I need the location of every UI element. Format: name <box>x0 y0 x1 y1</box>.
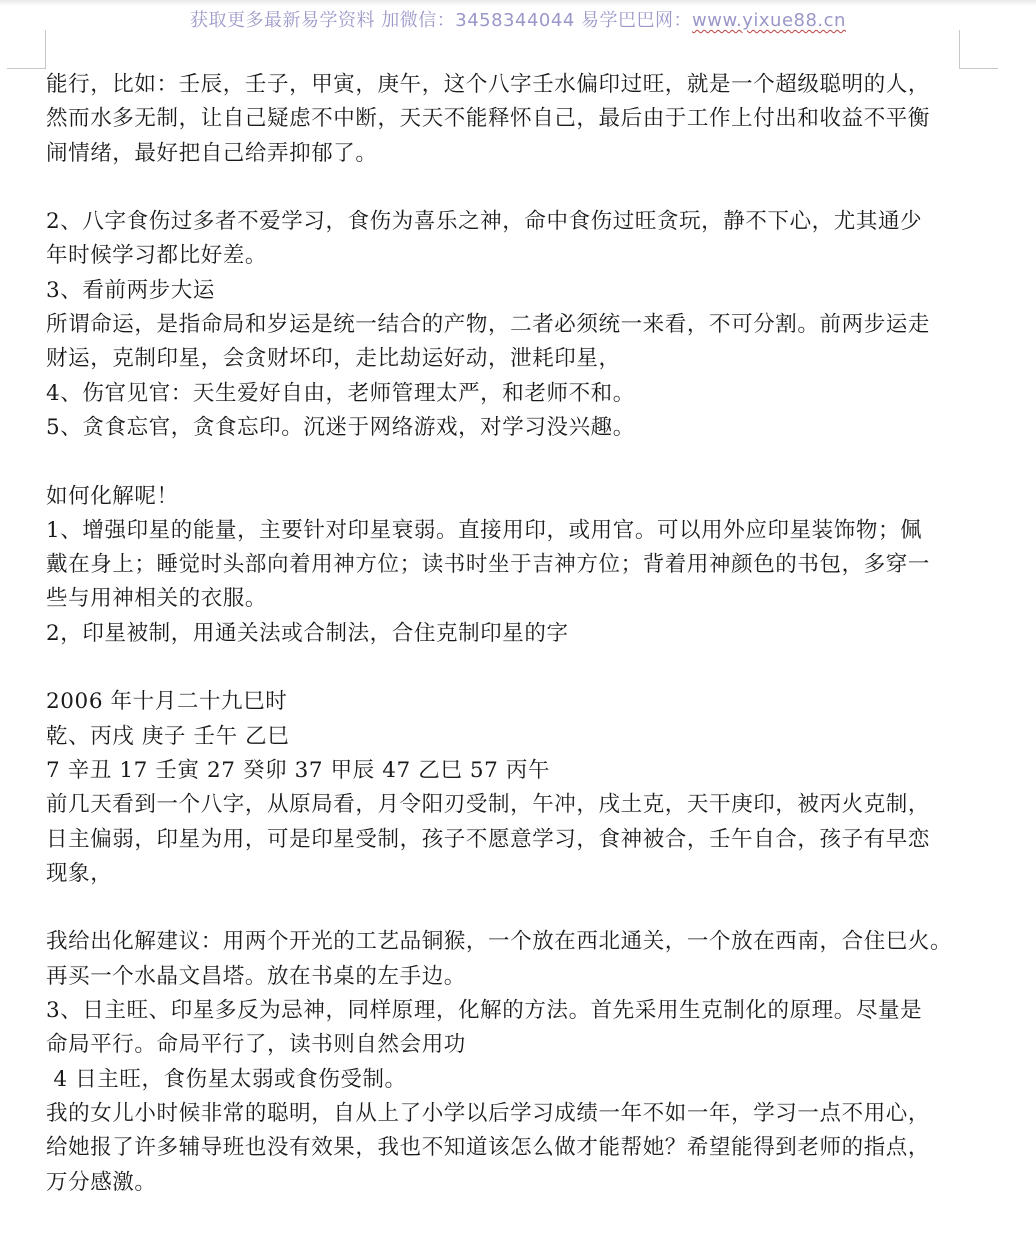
paragraph-line: 再买一个水晶文昌塔。放在书桌的左手边。 <box>46 960 966 994</box>
paragraph-line: 闹情绪，最好把自己给弄抑郁了。 <box>46 137 966 171</box>
case-dayun-sequence: 7 辛丑 17 壬寅 27 癸卯 37 甲辰 47 乙巳 57 丙午 <box>46 754 966 788</box>
page-margin-corner-top-right <box>959 30 998 69</box>
watermark-text: 获取更多最新易学资料 加微信：3458344044 易学巴巴网： <box>190 10 692 31</box>
section-heading: 如何化解呢！ <box>46 480 966 514</box>
paragraph-line: 能行，比如：壬辰，壬子，甲寅，庚午，这个八字壬水偏印过旺，就是一个超级聪明的人， <box>46 68 966 102</box>
blank-line <box>46 171 966 205</box>
paragraph-line: 万分感激。 <box>46 1166 966 1200</box>
paragraph-line: 些与用神相关的衣服。 <box>46 582 966 616</box>
list-item-5: 5、贪食忘官，贪食忘印。沉迷于网络游戏，对学习没兴趣。 <box>46 411 966 445</box>
list-item-3-heading: 3、看前两步大运 <box>46 274 966 308</box>
remedy-item-1-line: 1、增强印星的能量，主要针对印星衰弱。直接用印，或用官。可以用外应印星装饰物；佩 <box>46 514 966 548</box>
paragraph-line: 前几天看到一个八字，从原局看，月令阳刃受制，午冲，戌土克，天干庚印，被丙火克制， <box>46 788 966 822</box>
paragraph-line: 财运，克制印星，会贪财坏印，走比劫运好动，泄耗印星， <box>46 342 966 376</box>
page-margin-corner-top-left <box>7 30 46 69</box>
document-body: 能行，比如：壬辰，壬子，甲寅，庚午，这个八字壬水偏印过旺，就是一个超级聪明的人，… <box>46 68 966 1200</box>
paragraph-line: 现象， <box>46 857 966 891</box>
blank-line <box>46 651 966 685</box>
case-bazi-pillars: 乾、丙戌 庚子 壬午 乙巳 <box>46 720 966 754</box>
case-birth-date: 2006 年十月二十九巳时 <box>46 685 966 719</box>
paragraph-line: 命局平行。命局平行了，读书则自然会用功 <box>46 1028 966 1062</box>
paragraph-line: 戴在身上；睡觉时头部向着用神方位；读书时坐于吉神方位；背着用神颜色的书包，多穿一 <box>46 548 966 582</box>
watermark-url-link[interactable]: www.yixue88.cn <box>692 10 846 31</box>
paragraph-line: 给她报了许多辅导班也没有效果，我也不知道该怎么做才能帮她？希望能得到老师的指点， <box>46 1131 966 1165</box>
paragraph-line: 年时候学习都比好差。 <box>46 239 966 273</box>
paragraph-line: 然而水多无制，让自己疑虑不中断，天天不能释怀自己，最后由于工作上付出和收益不平衡 <box>46 102 966 136</box>
remedy-item-2: 2，印星被制，用通关法或合制法，合住克制印星的字 <box>46 617 966 651</box>
list-item-4: 4、伤官见官：天生爱好自由，老师管理太严，和老师不和。 <box>46 377 966 411</box>
list-item-2-line: 2、八字食伤过多者不爱学习，食伤为喜乐之神，命中食伤过旺贪玩，静不下心，尤其通少 <box>46 205 966 239</box>
list-item-3-remedy: 3、日主旺、印星多反为忌神，同样原理，化解的方法。首先采用生克制化的原理。尽量是 <box>46 994 966 1028</box>
paragraph-line: 我给出化解建议：用两个开光的工艺品铜猴，一个放在西北通关，一个放在西南，合住巳火… <box>46 925 966 959</box>
paragraph-line: 我的女儿小时候非常的聪明，自从上了小学以后学习成绩一年不如一年，学习一点不用心， <box>46 1097 966 1131</box>
blank-line <box>46 445 966 479</box>
paragraph-line: 所谓命运，是指命局和岁运是统一结合的产物，二者必须统一来看，不可分割。前两步运走 <box>46 308 966 342</box>
header-watermark: 获取更多最新易学资料 加微信：3458344044 易学巴巴网：www.yixu… <box>0 6 1036 32</box>
list-item-4-remedy: 4 日主旺，食伤星太弱或食伤受制。 <box>46 1063 966 1097</box>
paragraph-line: 日主偏弱，印星为用，可是印星受制，孩子不愿意学习，食神被合，壬午自合，孩子有早恋 <box>46 823 966 857</box>
blank-line <box>46 891 966 925</box>
